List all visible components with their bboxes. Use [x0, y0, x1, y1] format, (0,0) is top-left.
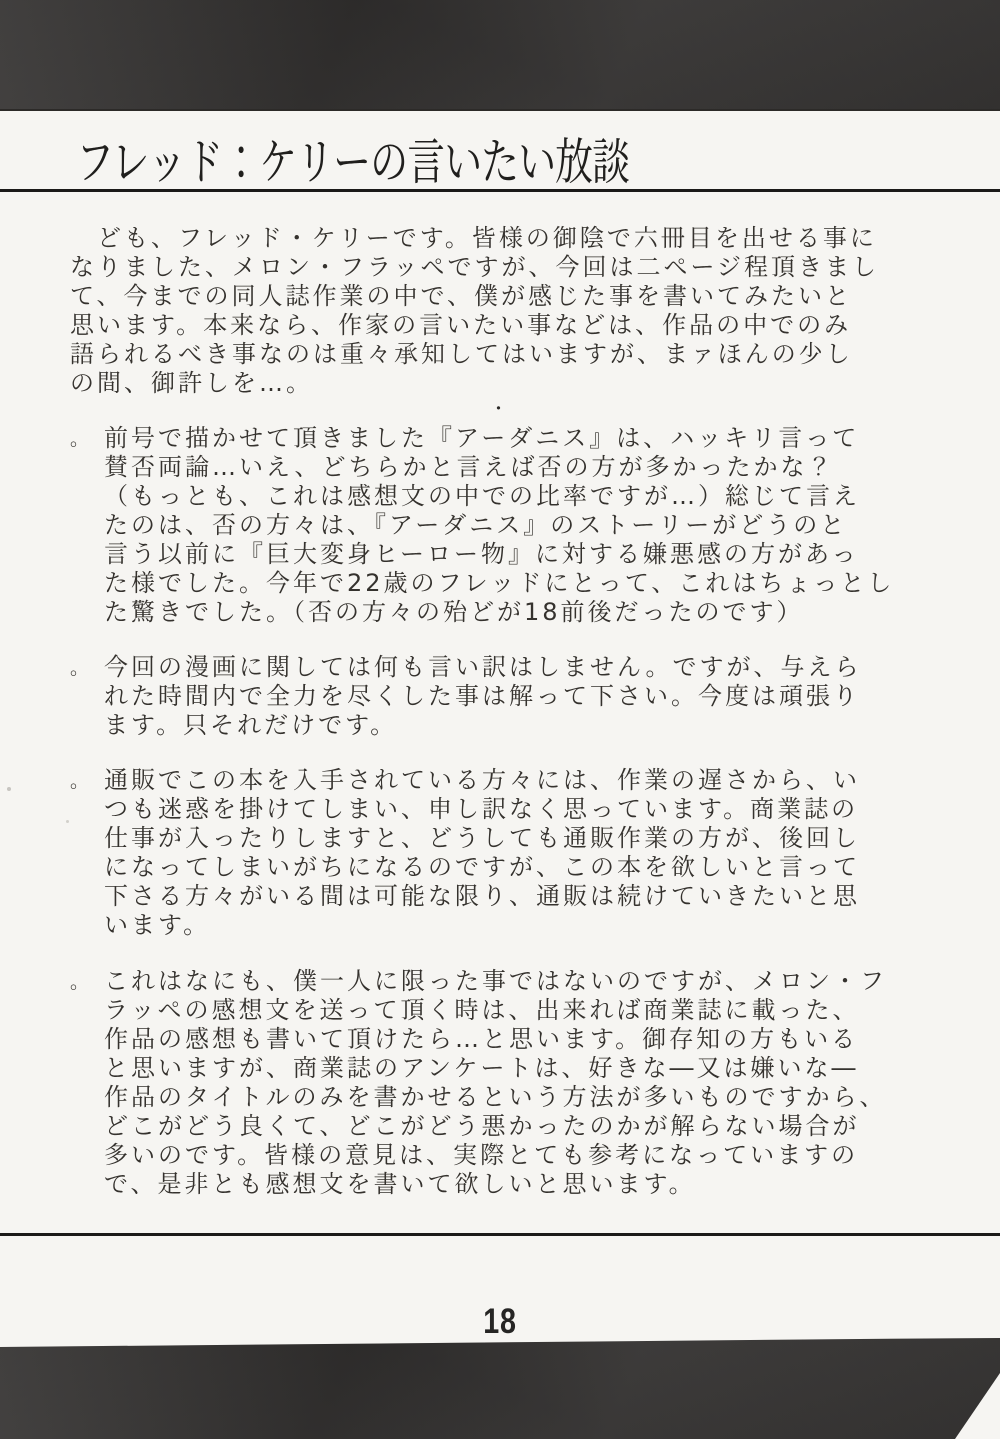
bullet-marker: 。 — [70, 967, 104, 997]
bullet-marker: 。 — [70, 424, 104, 454]
scan-speck — [7, 787, 11, 791]
paragraph-text: 通販でこの本を入手されている方々には、作業の遅さから、い つも迷惑を掛けてしまい… — [104, 766, 930, 940]
bullet-paragraph: 。 前号で描かせて頂きました『アーダニス』は、ハッキリ言って 賛否両論…いえ、ど… — [70, 424, 930, 627]
intro-paragraph: ども、フレッド・ケリーです。皆様の御陰で六冊目を出せる事に なりました、メロン・… — [70, 224, 930, 398]
title-divider — [0, 189, 1000, 192]
paragraph-text: ども、フレッド・ケリーです。皆様の御陰で六冊目を出せる事に なりました、メロン・… — [70, 224, 930, 398]
bullet-paragraph: 。 今回の漫画に関しては何も言い訳はしません。ですが、与えら れた時間内で全力を… — [70, 653, 930, 740]
paragraph-text: 今回の漫画に関しては何も言い訳はしません。ですが、与えら れた時間内で全力を尽く… — [104, 653, 930, 740]
page-number: 18 — [90, 1302, 910, 1342]
bottom-scan-band — [0, 1338, 1000, 1439]
scan-speck — [66, 820, 69, 823]
top-scan-band — [0, 0, 1000, 111]
body-text: ども、フレッド・ケリーです。皆様の御陰で六冊目を出せる事に なりました、メロン・… — [70, 224, 930, 1199]
paragraph-text: 前号で描かせて頂きました『アーダニス』は、ハッキリ言って 賛否両論…いえ、どちら… — [104, 424, 930, 627]
section-separator-dot: ・ — [70, 400, 930, 420]
scanned-page: フレッド：ケリーの言いたい放談 ども、フレッド・ケリーです。皆様の御陰で六冊目を… — [0, 0, 1000, 1439]
bullet-paragraph: 。 通販でこの本を入手されている方々には、作業の遅さから、い つも迷惑を掛けてし… — [70, 766, 930, 940]
bullet-paragraph: 。 これはなにも、僕一人に限った事ではないのですが、メロン・フ ラッペの感想文を… — [70, 967, 930, 1199]
page-title: フレッド：ケリーの言いたい放談 — [76, 122, 629, 194]
footer-divider — [0, 1233, 1000, 1236]
paragraph-text: これはなにも、僕一人に限った事ではないのですが、メロン・フ ラッペの感想文を送っ… — [104, 967, 930, 1199]
bullet-marker: 。 — [70, 766, 104, 796]
bullet-marker: 。 — [70, 653, 104, 683]
